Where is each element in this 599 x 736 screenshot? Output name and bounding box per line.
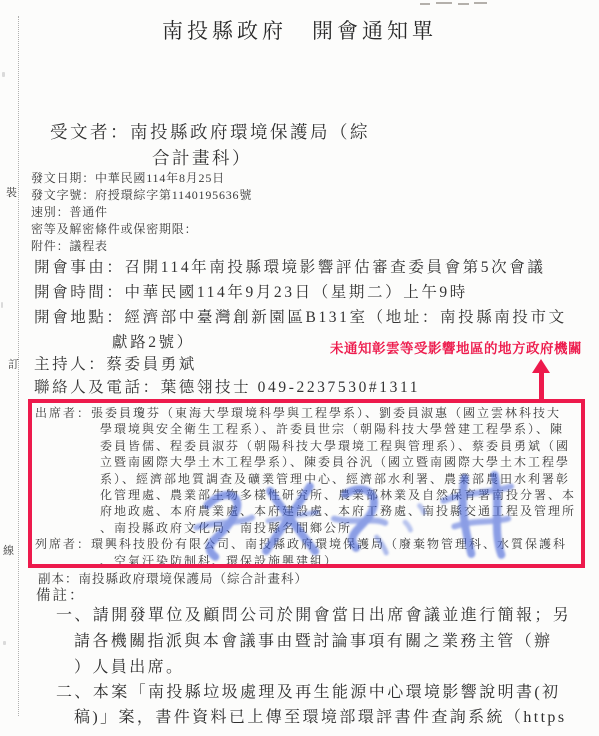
attachment-line: 附件：議程表 (31, 237, 108, 254)
recipient-line-2: 合計畫科） (152, 145, 252, 170)
annotation-arrow-head-icon (532, 359, 550, 373)
meeting-host: 主持人：蔡委員勇斌 (34, 352, 197, 374)
meeting-time: 開會時間：中華民國114年9月23日（星期二）上午9時 (34, 280, 468, 302)
priority-line: 速別：普通件 (31, 203, 108, 220)
binding-char-xian: 線 (3, 542, 14, 558)
attendees-line: 學環境與安全衛生工程系）、許委員世宗（朝陽科技大學營建工程學系）、陳 (35, 421, 580, 437)
meeting-contact: 聯絡人及電話：葉德翎技士 049-2237530#1311 (34, 375, 420, 397)
annotation-arrow-shaft (539, 372, 544, 400)
attendees-line: 系）、經濟部地質調查及礦業管理中心、經濟部水利署、農業部農田水利署彰 (35, 471, 580, 487)
attendees-line: 立暨南國際大學土木工程學系）、陳委員谷汎（國立暨南國際大學土木工程學 (35, 454, 580, 470)
meeting-location-line-2: 獻路2號） (112, 330, 195, 352)
attendees-line: 出席者：張委員瓊芬（東海大學環境科學與工程學系）、劉委員淑惠（國立雲林科技大 (35, 405, 580, 421)
attendees-line: 、南投縣政府文化局、南投縣名間鄉公所 (35, 520, 580, 536)
note-line-2-cont: 稿)」案，書件資料已上傳至環境部環評書件查詢系統（https (74, 704, 566, 727)
scan-speck (2, 72, 5, 77)
scan-speck (1, 302, 3, 308)
meeting-location: 開會地點：經濟部中臺灣創新園區B131室（地址：南投縣南投市文 (34, 305, 567, 327)
page-title: 南投縣政府 開會通知單 (0, 15, 599, 45)
scan-dash (474, 2, 487, 4)
recipient-line-1: 受文者：南投縣政府環境保護局（綜 (50, 119, 370, 144)
security-line: 密等及解密條件或保密期限： (31, 220, 197, 237)
observers-line: 、空氣汙染防制科、環保設施興建組） (35, 553, 580, 569)
observers-line: 列席者：環興科技股份有限公司、南投縣政府環境保護局（廢棄物管理科、水質保護科 (35, 536, 580, 552)
issue-number-line: 發文字號：府授環綜字第1140195636號 (31, 186, 252, 203)
note-line-1: 一、請開發單位及顧問公司於開會當日出席會議並進行簡報；另 (56, 602, 571, 625)
document-page: 裝 訂 線 南投縣政府 開會通知單 受文者：南投縣政府環境保護局（綜 合計畫科）… (0, 0, 599, 736)
note-line-1-cont: ）人員出席。 (74, 654, 184, 677)
note-line-2: 二、本案「南投縣垃圾處理及再生能源中心環境影響說明書(初 (56, 679, 561, 702)
attendees-block: 出席者：張委員瓊芬（東海大學環境科學與工程學系）、劉委員淑惠（國立雲林科技大 學… (35, 405, 580, 569)
meeting-subject: 開會事由：召開114年南投縣環境影響評估審查委員會第5次會議 (34, 255, 545, 277)
annotation-text: 未通知彰雲等受影響地區的地方政府機關 (330, 337, 582, 357)
issue-date-line: 發文日期：中華民國114年8月25日 (31, 169, 225, 186)
binding-char-ding: 訂 (8, 356, 19, 372)
scan-speck (3, 641, 6, 645)
binding-char-zhuang: 裝 (6, 184, 17, 200)
attendees-line: 府地政處、本府農業處、本府建設處、本府工務處、南投縣交通工程及管理所 (35, 503, 580, 519)
scan-dash (436, 2, 452, 4)
scan-dash (420, 3, 430, 5)
note-line-1-cont: 請各機關指派與本會議事由暨討論事項有關之業務主管（辦 (74, 628, 552, 651)
attendees-line: 委員皆儒、程委員淑芬（朝陽科技大學環境工程與管理系）、蔡委員勇斌（國 (35, 438, 580, 454)
attendees-line: 化管理處、農業部生物多樣性研究所、農業部林業及自然保育署南投分署、本 (35, 487, 580, 503)
scan-dash (458, 3, 469, 5)
